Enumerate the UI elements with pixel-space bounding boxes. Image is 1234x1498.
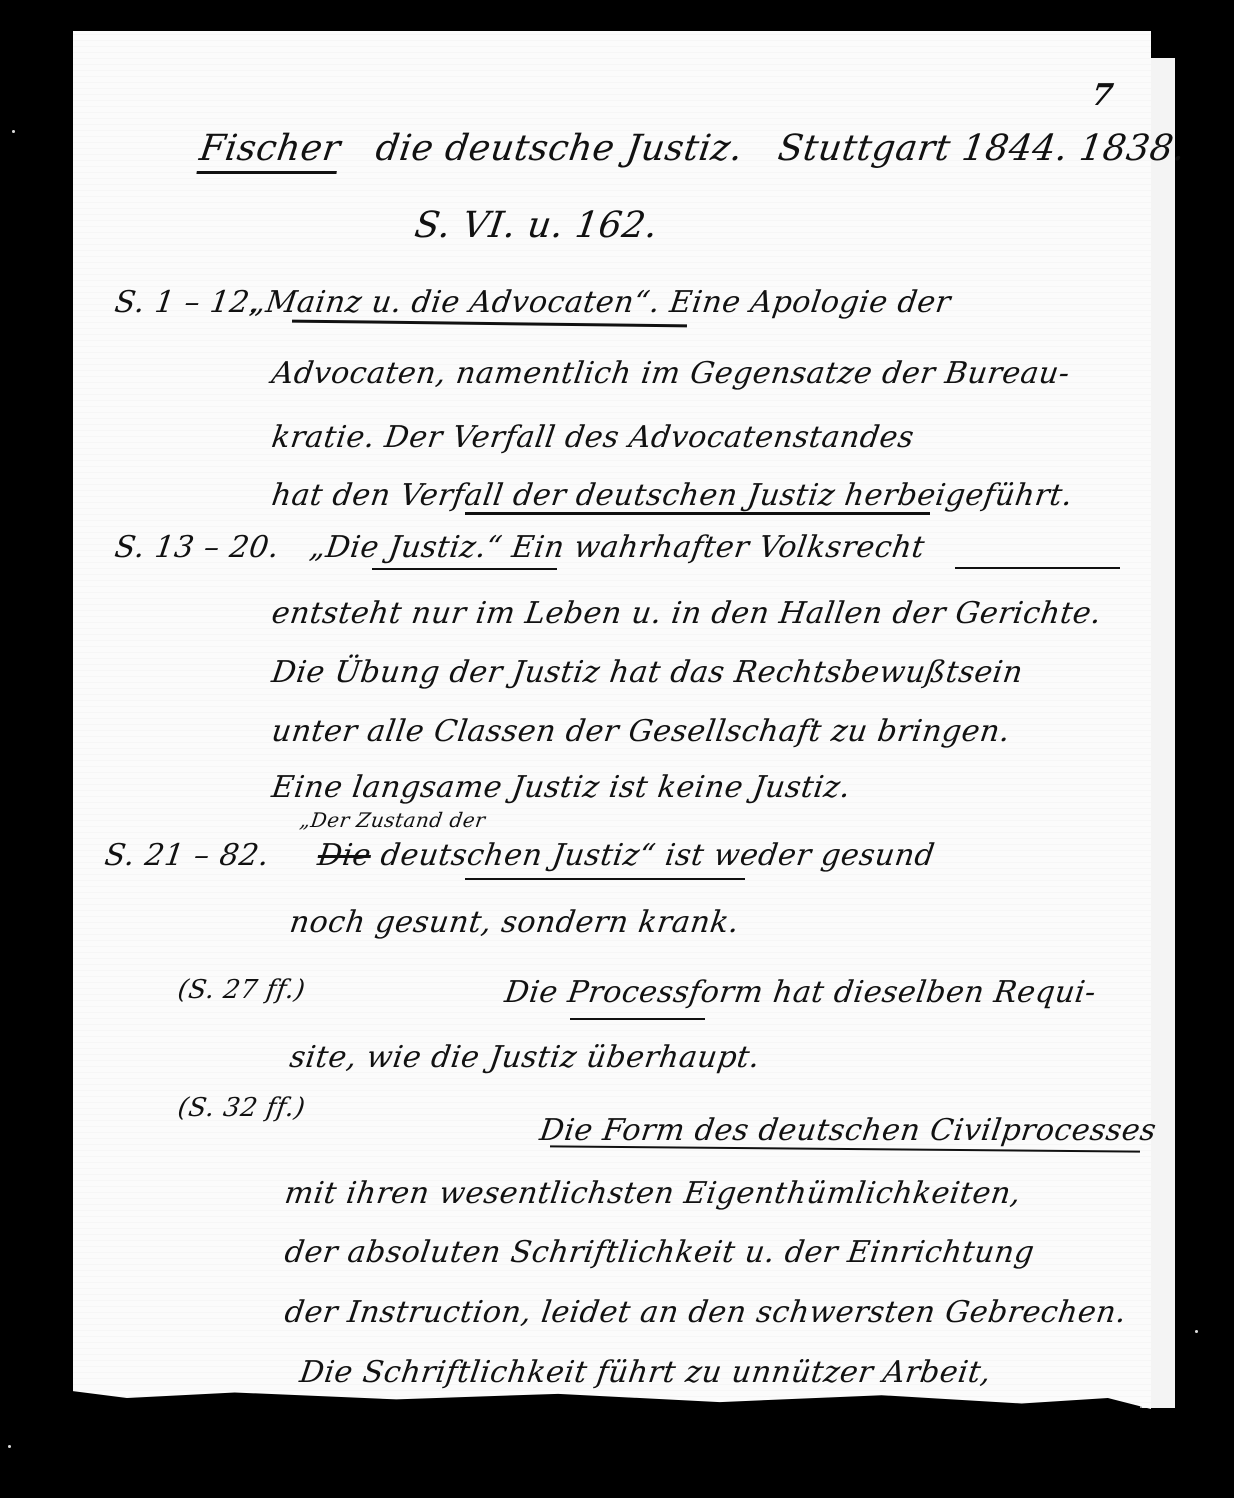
- scan-speck: [1195, 1330, 1198, 1333]
- underline-mark: [570, 1018, 705, 1020]
- entry-line-group: Die deutschen Justiz“ ist weder gesund: [316, 838, 937, 873]
- entry-line: Advocaten, namentlich im Gegensatze der …: [270, 356, 1072, 391]
- underline-mark: [955, 567, 1120, 569]
- entry-line: site, wie die Justiz überhaupt.: [288, 1040, 763, 1075]
- entry-line: der absoluten Schriftlichkeit u. der Ein…: [283, 1235, 1037, 1270]
- underline-mark: [465, 878, 745, 880]
- entry-line: Die Übung der Justiz hat das Rechtsbewuß…: [270, 655, 1026, 690]
- scan-speck: [8, 1445, 11, 1448]
- entry-line: Die Form des deutschen Civilprocesses: [538, 1113, 1159, 1148]
- entry-line: Die Schriftlichkeit führt zu unnützer Ar…: [298, 1355, 994, 1390]
- entry-ref: (S. 32 ff.): [176, 1093, 307, 1123]
- entry-line: kratie. Der Verfall des Advocatenstandes: [270, 420, 917, 455]
- entry-ref: S. 13 – 20.: [113, 530, 282, 565]
- underline-mark: [465, 512, 930, 515]
- entry-ref: (S. 27 ff.): [176, 975, 307, 1005]
- entry-line: Die Processform hat dieselben Requi-: [503, 975, 1099, 1010]
- entry-ref: S. 21 – 82.: [103, 838, 272, 873]
- entry-line: mit ihren wesentlichsten Eigenthümlichke…: [283, 1176, 1024, 1211]
- insertion-above-line: „Der Zustand der: [298, 808, 487, 832]
- heading-place-year: Stuttgart 1844. 1838.: [776, 128, 1189, 169]
- entry-line: Eine langsame Justiz ist keine Justiz.: [270, 770, 853, 805]
- entry-line: der Instruction, leidet an den schwerste…: [283, 1295, 1129, 1330]
- heading-title: die deutsche Justiz.: [373, 128, 745, 169]
- entry-line: entsteht nur im Leben u. in den Hallen d…: [270, 596, 1104, 631]
- heading-extent: S. VI. u. 162.: [412, 205, 660, 246]
- struck-word: Die: [316, 838, 374, 873]
- entry-line: „Mainz u. die Advocaten“. Eine Apologie …: [248, 285, 953, 320]
- entry-ref: S. 1 – 12.: [113, 285, 262, 320]
- scan-speck: [12, 130, 15, 133]
- entry-line: deutschen Justiz“ ist weder gesund: [378, 838, 937, 873]
- entry-line: hat den Verfall der deutschen Justiz her…: [270, 478, 1075, 513]
- underline-mark: [372, 568, 557, 570]
- entry-line: noch gesunt, sondern krank.: [288, 905, 742, 940]
- heading-line: Fischer die deutsche Justiz. Stuttgart 1…: [197, 128, 1188, 169]
- heading-author: Fischer: [196, 128, 343, 174]
- entry-line: „Die Justiz.“ Ein wahrhafter Volksrecht: [308, 530, 927, 565]
- entry-line: unter alle Classen der Gesellschaft zu b…: [270, 714, 1013, 749]
